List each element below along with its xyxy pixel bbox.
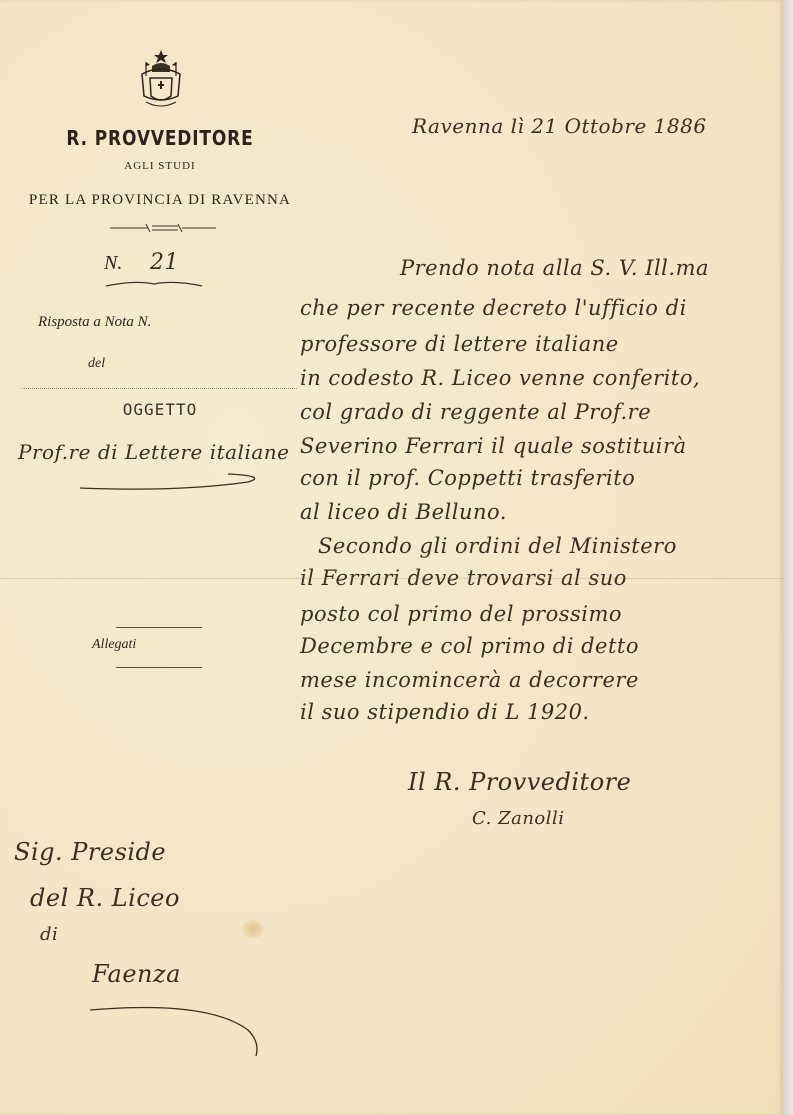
addressee-line: del R. Liceo [30,884,180,912]
attachments-bottom-rule [116,667,202,668]
addressee-line: Sig. Preside [14,838,166,866]
body-line: mese incomincerà a decorrere [300,668,639,692]
reply-to-note-label: Risposta a Nota N. [38,314,151,331]
paper-fold-line [0,578,783,579]
dotted-separator [22,388,297,389]
number-underline-icon [104,280,204,288]
body-line: Severino Ferrari il quale sostituirà [300,434,687,458]
attachments-top-rule [116,627,202,628]
body-line: il suo stipendio di L 1920. [300,700,590,724]
body-line: Decembre e col primo di detto [300,634,639,658]
body-line: in codesto R. Liceo venne conferito, [300,366,700,390]
body-line: Secondo gli ordini del Ministero [318,534,677,558]
attachments-label: Allegati [92,637,136,653]
protocol-number-value: 21 [150,250,179,275]
letterhead-subtitle: AGLI STUDI [0,160,320,172]
signature-title: Il R. Provveditore [408,768,631,796]
subject-underline-flourish-icon [78,472,268,492]
body-line: Prendo nota alla S. V. Ill.ma [400,256,709,280]
signature-name: C. Zanolli [472,808,565,829]
body-line: col grado di reggente al Prof.re [300,400,651,424]
protocol-number-label: N. [104,252,122,275]
body-line: con il prof. Coppetti trasferito [300,466,635,490]
letterhead-title: R. PROVVEDITORE [24,126,296,150]
letter-page: R. PROVVEDITORE AGLI STUDI PER LA PROVIN… [0,0,783,1115]
addressee-flourish-icon [88,1000,268,1060]
body-line: professore di lettere italiane [300,332,619,356]
royal-coat-of-arms-icon [136,48,186,118]
ornamental-divider-icon [108,222,218,234]
scan-edge [783,0,793,1115]
body-line: al liceo di Belluno. [300,500,507,524]
body-line: che per recente decreto l'ufficio di [300,296,687,320]
paper-stain [242,920,264,938]
subject-value: Prof.re di Lettere italiane [18,440,290,464]
reply-date-label: del [88,356,105,372]
addressee-line: di [40,924,58,945]
body-line: posto col primo del prossimo [300,602,622,626]
place-date: Ravenna lì 21 Ottobre 1886 [412,114,707,138]
letterhead-province: PER LA PROVINCIA DI RAVENNA [0,192,320,209]
subject-heading: OGGETTO [0,400,320,419]
addressee-line: Faenza [92,960,181,988]
